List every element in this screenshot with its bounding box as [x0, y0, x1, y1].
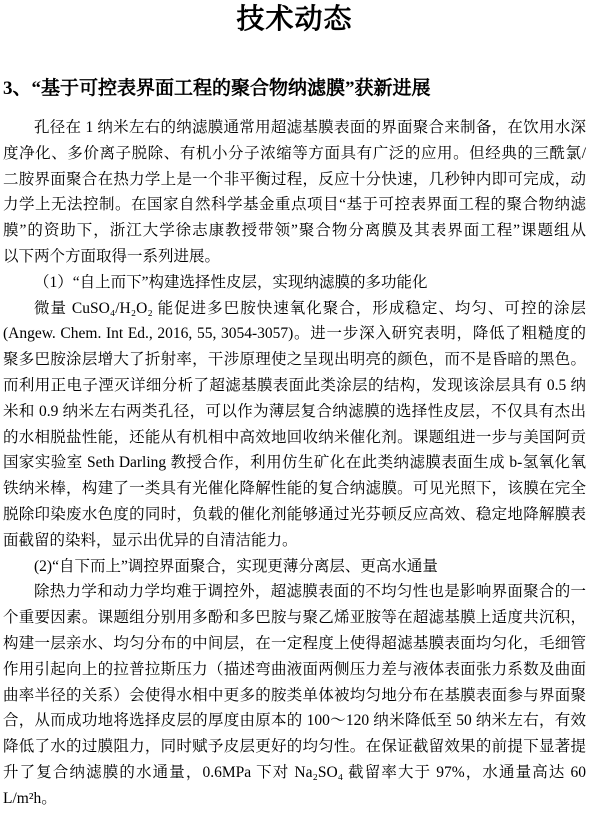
text-line: 构建一层亲水、均匀分布的中间层，在一定程度上使得超滤基膜表面均匀化，毛细管 — [3, 631, 586, 657]
text-line: 聚多巴胺涂层增大了折射率，干涉原理使之呈现出明亮的颜色，而不是昏暗的黑色。 — [3, 347, 586, 373]
text-line: 脱除印染废水色度的同时，负载的催化剂能够通过光芬顿反应高效、稳定地降解膜表 — [3, 502, 586, 528]
text-line: 面截留的染料，显示出优异的自清洁能力。 — [3, 528, 586, 554]
text-line: 降低了水的过膜阻力，同时赋予皮层更好的均匀性。在保证截留效果的前提下显著提 — [3, 734, 586, 760]
text-line: (Angew. Chem. Int Ed., 2016, 55, 3054-30… — [3, 321, 586, 347]
text-line: 力学上无法控制。在国家自然科学基金重点项目“基于可控表界面工程的聚合物纳滤 — [3, 192, 586, 218]
section-heading: 3、“基于可控表界面工程的聚合物纳滤膜”获新进展 — [3, 76, 586, 102]
text-line: 升了复合纳滤膜的水通量，0.6MPa 下对 Na₂SO₄ 截留率大于 97%，水… — [3, 760, 586, 786]
text-line: 的水相脱盐性能，还能从有机相中高效地回收纳米催化剂。课题组进一步与美国阿贡 — [3, 425, 586, 451]
text-line: 度净化、多价离子脱除、有机小分子浓缩等方面具有广泛的应用。但经典的三酰氯/ — [3, 141, 586, 167]
text-line: 除热力学和动力学均难于调控外，超滤膜表面的不均匀性也是影响界面聚合的一 — [3, 579, 586, 605]
text-line: 合，从而成功地将选择皮层的厚度由原本的 100～120 纳米降低至 50 纳米左… — [3, 708, 586, 734]
text-line: 而利用正电子湮灭详细分析了超滤基膜表面此类涂层的结构，发现该涂层具有 0.5 纳 — [3, 373, 586, 399]
text-line: 二胺界面聚合在热力学上是一个非平衡过程，反应十分快速，几秒钟内即可完成，动 — [3, 167, 586, 193]
text-line: 米和 0.9 纳米左右两类孔径，可以作为薄层复合纳滤膜的选择性皮层，不仅具有杰出 — [3, 399, 586, 425]
text-line: 孔径在 1 纳米左右的纳滤膜通常用超滤基膜表面的界面聚合来制备，在饮用水深 — [3, 115, 586, 141]
document-page: 技术动态 3、“基于可控表界面工程的聚合物纳滤膜”获新进展 孔径在 1 纳米左右… — [0, 0, 590, 836]
text-line: 曲率半径的关系）会使得水相中更多的胺类单体被均匀地分布在基膜表面参与界面聚 — [3, 683, 586, 709]
text-line: （1）“自上而下”构建选择性皮层，实现纳滤膜的多功能化 — [3, 270, 586, 296]
text-line: 以下两个方面取得一系列进展。 — [3, 244, 586, 270]
text-line: 微量 CuSO₄/H₂O₂ 能促进多巴胺快速氧化聚合，形成稳定、均匀、可控的涂层 — [3, 296, 586, 322]
page-title: 技术动态 — [3, 2, 586, 38]
text-line: (2)“自下而上”调控界面聚合，实现更薄分离层、更高水通量 — [3, 554, 586, 580]
text-line: 铁纳米棒，构建了一类具有光催化降解性能的复合纳滤膜。可见光照下，该膜在完全 — [3, 476, 586, 502]
text-line: L/m²h。 — [3, 786, 586, 812]
body-text: 孔径在 1 纳米左右的纳滤膜通常用超滤基膜表面的界面聚合来制备，在饮用水深度净化… — [3, 115, 586, 812]
text-line: 国家实验室 Seth Darling 教授合作，利用仿生矿化在此类纳滤膜表面生成… — [3, 450, 586, 476]
text-line: 个重要因素。课题组分别用多酚和多巴胺与聚乙烯亚胺等在超滤基膜上适度共沉积， — [3, 605, 586, 631]
text-line: 作用引起向上的拉普拉斯压力（描述弯曲液面两侧压力差与液体表面张力系数及曲面 — [3, 657, 586, 683]
text-line: 膜”的资助下，浙江大学徐志康教授带领”聚合物分离膜及其表界面工程”课题组从 — [3, 218, 586, 244]
